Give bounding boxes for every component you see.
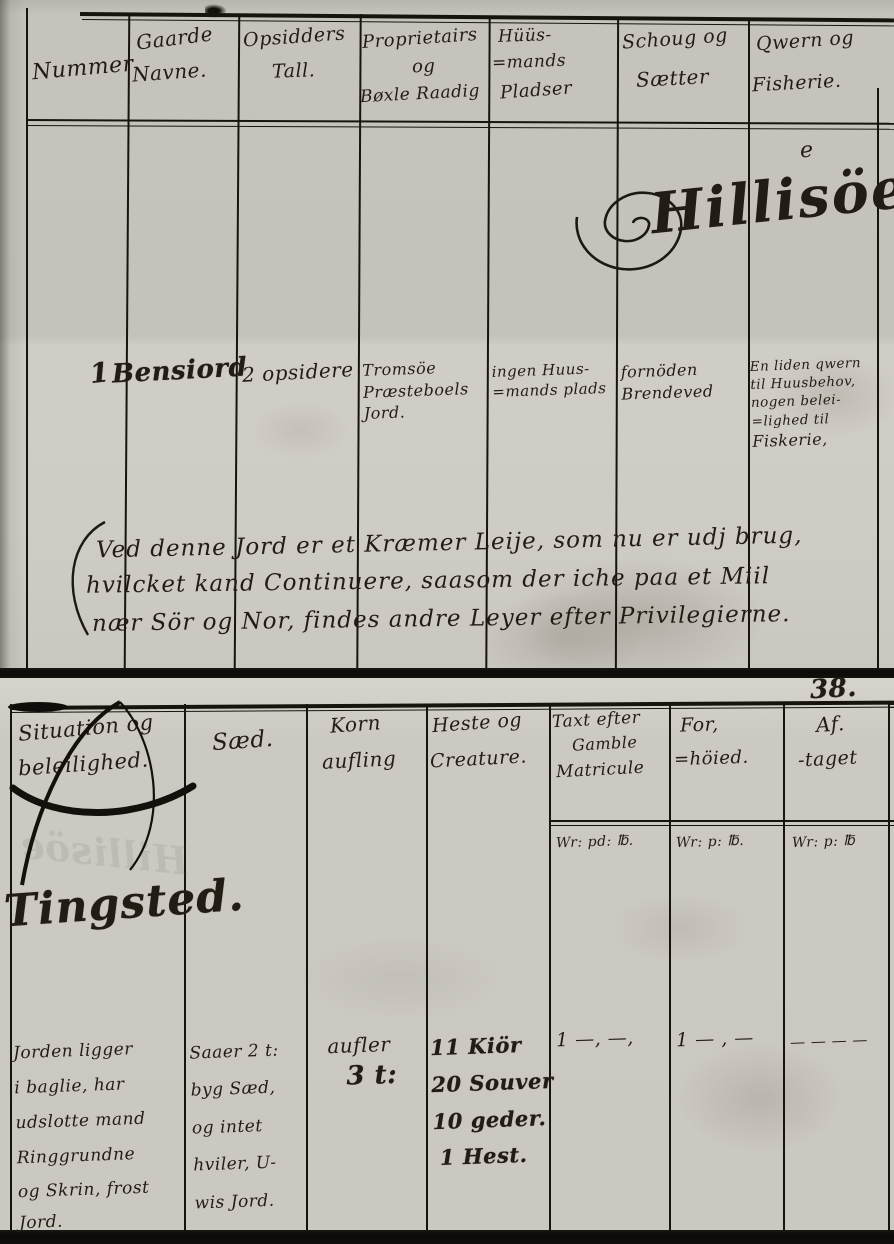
cell-line: Fiskerie, (752, 427, 864, 452)
cell-line: 3 t: (346, 1058, 398, 1095)
cell-schoug: fornöden Brendeved (620, 358, 714, 404)
header-forhoied-l2: =höied. (674, 747, 749, 771)
col-line (669, 704, 671, 1232)
header-forhoied: For, (680, 713, 719, 736)
cell-line: 1 Hest. (439, 1136, 556, 1177)
cell-proprietairs: Tromsöe Præsteboels Jord. (362, 356, 470, 424)
cell-line: wis Jord. (194, 1182, 285, 1222)
cell-korn-aufling: aufler 3 t: (327, 1031, 398, 1095)
cell-line: Brendeved (621, 380, 714, 405)
cell-line: i baglie, har (14, 1067, 147, 1106)
col-line (783, 704, 785, 1232)
page-divider (0, 668, 894, 678)
units-top-rule (549, 820, 894, 822)
cell-line: og Skrin, frost (17, 1171, 150, 1210)
note-opening-flourish (60, 520, 120, 640)
tingsted-flourish (10, 700, 190, 890)
header-huusmands-l2: =mands (492, 51, 567, 74)
unit-taxt: Wr: pd: ℔. (556, 833, 634, 852)
cell-line: Jorden ligger (13, 1032, 146, 1071)
cell-line: Præsteboels (363, 378, 469, 403)
cell-saed: Saaer 2 t: byg Sæd, og intet hviler, U- … (189, 1032, 285, 1222)
flourish-e: e (800, 138, 814, 163)
manuscript-page: Nummer Gaarde Navne. Opsidders Tall. Pro… (0, 0, 894, 1244)
header-korn-l2: aufling (321, 746, 396, 774)
cell-situation: Jorden ligger i baglie, har udslotte man… (13, 1032, 151, 1238)
header-aftaget-l2: -taget (797, 746, 858, 771)
cell-line: 10 geder. (432, 1099, 555, 1140)
cell-taxt: 1 —, —, (556, 1027, 634, 1052)
cell-huusmands: ingen Huus- =mands plads (491, 358, 606, 402)
unit-aftaget: Wr: p: ℔ (792, 833, 856, 851)
unit-forhoied: Wr: p: ℔. (676, 833, 745, 851)
cell-line: Jord. (363, 399, 469, 424)
header-opsidders-l2: Tall. (272, 59, 316, 82)
cell-aftaget: — — — — (790, 1031, 868, 1052)
col-line (888, 704, 890, 1232)
header-schoug-l2: Sætter (635, 64, 709, 92)
cell-line: og intet (191, 1107, 282, 1147)
header-saed: Sæd. (211, 726, 274, 756)
cell-line: Jord. (19, 1206, 151, 1238)
col-line (26, 8, 28, 668)
header-huusmands: Hüüs- (498, 25, 552, 47)
header-proprietairs-l2: og (412, 56, 436, 78)
cell-line: hviler, U- (193, 1145, 284, 1185)
units-top-rule2 (549, 825, 894, 826)
header-aftaget: Af. (815, 711, 845, 737)
col-line (426, 704, 428, 1232)
cell-line: udslotte mand (15, 1101, 148, 1140)
cell-line: Ringgrundne (16, 1136, 149, 1175)
cell-qwern: En liden qwern til Huusbehov, nogen bele… (749, 354, 864, 452)
cell-forhoied: 1 — , — (676, 1027, 754, 1052)
col-line (306, 704, 308, 1232)
cell-line: aufler (327, 1031, 397, 1060)
cell-line: =mands plads (492, 378, 607, 402)
header-korn: Korn (329, 710, 381, 737)
cell-line: byg Sæd, (190, 1070, 281, 1110)
header-qwern-l2: Fisherie. (751, 70, 841, 97)
cell-heste-creature: 11 Kiör 20 Souver 10 geder. 1 Hest. (429, 1026, 556, 1177)
cell-line: 11 Kiör (429, 1026, 552, 1067)
cell-line: 20 Souver (431, 1063, 554, 1104)
cell-line: Saaer 2 t: (189, 1032, 280, 1072)
cell-nummer: 1 (88, 357, 110, 390)
header-taxt-l2: Gamble (572, 732, 638, 754)
